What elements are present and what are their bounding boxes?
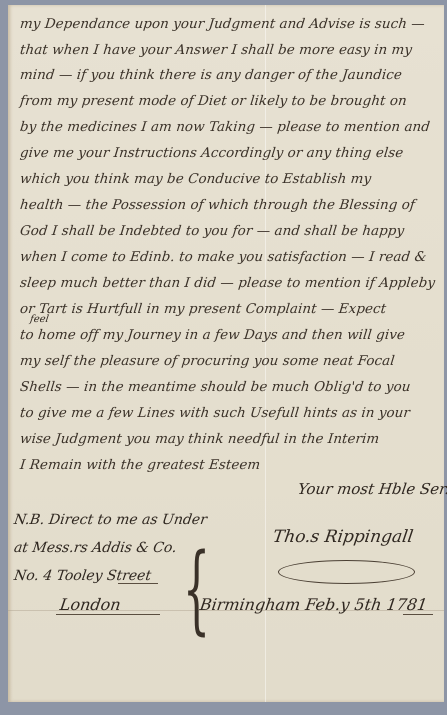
curly-brace: { — [183, 541, 210, 637]
underline — [56, 614, 160, 615]
body-line-4: from my present mode of Diet or likely t… — [19, 94, 439, 109]
body-line-10: when I come to Edinb. to make you satisf… — [19, 250, 439, 265]
postscript-line-3: No. 4 Tooley Street — [13, 568, 152, 584]
body-line-6: give me your Instructions Accordingly or… — [19, 146, 439, 161]
body-line-8: health — the Possession of which through… — [19, 198, 439, 213]
body-line-7: which you think may be Conducive to Esta… — [19, 172, 439, 187]
body-line-18: I Remain with the greatest Esteem — [19, 458, 439, 473]
underline — [118, 583, 158, 584]
signature-flourish — [278, 560, 415, 584]
body-line-16: to give me a few Lines with such Usefull… — [19, 406, 439, 421]
postscript-line-1: N.B. Direct to me as Under — [13, 512, 208, 528]
body-line-1: my Dependance upon your Judgment and Adv… — [19, 17, 439, 32]
postscript-city: London — [59, 595, 122, 614]
body-line-12: or Tart is Hurtfull in my present Compla… — [19, 302, 439, 317]
body-line-2: that when I have your Answer I shall be … — [19, 43, 439, 58]
postscript-line-2: at Mess.rs Addis & Co. — [13, 540, 178, 556]
body-line-14: my self the pleasure of procuring you so… — [19, 354, 439, 369]
body-line-15: Shells — in the meantime should be much … — [19, 380, 439, 395]
interlinear-note: feel — [29, 314, 49, 325]
signature: Tho.s Rippingall — [272, 527, 415, 547]
closing-salutation: Your most Hble Ser.t — [297, 480, 447, 498]
body-line-9: God I shall be Indebted to you for — and… — [19, 224, 439, 239]
body-line-5: by the medicines I am now Taking — pleas… — [19, 120, 439, 135]
body-line-13: to home off my Journey in a few Days and… — [19, 328, 439, 343]
underline — [403, 614, 433, 615]
body-line-3: mind — if you think there is any danger … — [19, 68, 439, 83]
body-line-11: sleep much better than I did — please to… — [19, 276, 439, 291]
letter-page: my Dependance upon your Judgment and Adv… — [8, 5, 444, 702]
place-and-date: Birmingham Feb.y 5th 1781 — [199, 595, 429, 614]
body-line-17: wise Judgment you may think needful in t… — [19, 432, 439, 447]
